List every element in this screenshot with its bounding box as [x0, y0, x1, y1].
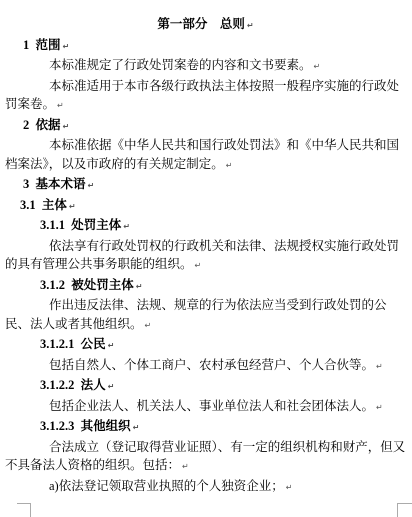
paragraph: 合法成立（登记取得营业证照）、有一定的组织机构和财产，但又不具备法人资格的组织。… — [5, 438, 406, 477]
text-boundary-corner-left-icon — [17, 503, 31, 517]
paragraph-text: 3.1 主体 — [20, 198, 67, 212]
paragraph-text: 依法享有行政处罚权的行政机关和法律、法规授权实施行政处罚的具有管理公共事务职能的… — [5, 239, 399, 272]
paragraph-mark-icon: ↵ — [136, 278, 143, 297]
paragraph-text: 包括企业法人、机关法人、事业单位法人和社会团体法人。 — [49, 399, 374, 413]
heading-3: 3 基本术语↵ — [5, 175, 406, 196]
paragraph-mark-icon: ↵ — [69, 198, 76, 217]
paragraph-mark-icon: ↵ — [108, 378, 115, 397]
heading-3.1: 3.1 主体↵ — [5, 196, 406, 217]
paragraph-mark-icon: ↵ — [63, 38, 70, 57]
paragraph-text: 本标准依据《中华人民共和国行政处罚法》和《中华人民共和国档案法》，以及市政府的有… — [5, 138, 399, 171]
paragraph-mark-icon: ↵ — [286, 479, 293, 498]
paragraph-mark-icon: ↵ — [145, 317, 152, 336]
paragraph-text: 1 范围 — [23, 38, 61, 52]
heading-3.1.2.3: 3.1.2.3 其他组织↵ — [5, 417, 406, 438]
paragraph-text: 作出违反法律、法规、规章的行为依法应当受到行政处罚的公民、法人或者其他组织。 — [5, 298, 387, 331]
paragraph-mark-icon: ↵ — [88, 177, 95, 196]
heading-2: 2 依据↵ — [5, 116, 406, 137]
paragraph-text: a)依法登记领取营业执照的个人独资企业； — [49, 479, 284, 493]
document-title: 第一部分 总则↵ — [5, 15, 406, 36]
paragraph-mark-icon: ↵ — [226, 157, 233, 176]
paragraph-text: 第一部分 总则 — [157, 17, 245, 31]
document-content: 第一部分 总则↵1 范围↵本标准规定了行政处罚案卷的内容和文书要素。↵本标准适用… — [5, 15, 406, 497]
paragraph-text: 3.1.2.2 法人 — [40, 378, 106, 392]
paragraph: 包括自然人、个体工商户、农村承包经营户、个人合伙等。↵ — [5, 356, 406, 377]
heading-3.1.2.1: 3.1.2.1 公民↵ — [5, 335, 406, 356]
paragraph-text: 3.1.2 被处罚主体 — [40, 278, 134, 292]
heading-1: 1 范围↵ — [5, 36, 406, 57]
paragraph: 依法享有行政处罚权的行政机关和法律、法规授权实施行政处罚的具有管理公共事务职能的… — [5, 237, 406, 276]
paragraph-mark-icon: ↵ — [108, 337, 115, 356]
paragraph-mark-icon: ↵ — [133, 419, 140, 438]
paragraph-mark-icon: ↵ — [195, 257, 202, 276]
paragraph-mark-icon: ↵ — [123, 218, 130, 237]
paragraph-text: 合法成立（登记取得营业证照）、有一定的组织机构和财产，但又不具备法人资格的组织。… — [5, 440, 405, 473]
paragraph: 本标准适用于本市各级行政执法主体按照一般程序实施的行政处罚案卷。↵ — [5, 77, 406, 116]
paragraph-text: 3.1.2.1 公民 — [40, 337, 106, 351]
paragraph-mark-icon: ↵ — [247, 17, 254, 36]
paragraph-mark-icon: ↵ — [376, 358, 383, 377]
paragraph-mark-icon: ↵ — [314, 58, 321, 77]
paragraph-mark-icon: ↵ — [57, 97, 64, 116]
heading-3.1.2.2: 3.1.2.2 法人↵ — [5, 376, 406, 397]
paragraph: 本标准依据《中华人民共和国行政处罚法》和《中华人民共和国档案法》，以及市政府的有… — [5, 136, 406, 175]
paragraph-text: 本标准适用于本市各级行政执法主体按照一般程序实施的行政处罚案卷。 — [5, 79, 399, 112]
paragraph-text: 3.1.1 处罚主体 — [40, 218, 121, 232]
paragraph: 包括企业法人、机关法人、事业单位法人和社会团体法人。↵ — [5, 397, 406, 418]
paragraph: 作出违反法律、法规、规章的行为依法应当受到行政处罚的公民、法人或者其他组织。↵ — [5, 296, 406, 335]
heading-3.1.2: 3.1.2 被处罚主体↵ — [5, 276, 406, 297]
paragraph: 本标准规定了行政处罚案卷的内容和文书要素。↵ — [5, 56, 406, 77]
heading-3.1.1: 3.1.1 处罚主体↵ — [5, 216, 406, 237]
paragraph-mark-icon: ↵ — [376, 399, 383, 418]
paragraph-mark-icon: ↵ — [63, 118, 70, 137]
paragraph-text: 包括自然人、个体工商户、农村承包经营户、个人合伙等。 — [49, 358, 374, 372]
paragraph-text: 3 基本术语 — [23, 177, 86, 191]
paragraph: a)依法登记领取营业执照的个人独资企业；↵ — [5, 477, 406, 498]
paragraph-text: 本标准规定了行政处罚案卷的内容和文书要素。 — [49, 58, 312, 72]
paragraph-text: 2 依据 — [23, 118, 61, 132]
paragraph-mark-icon: ↵ — [182, 458, 189, 477]
text-boundary-corner-right-icon — [397, 503, 412, 517]
document-page: 第一部分 总则↵1 范围↵本标准规定了行政处罚案卷的内容和文书要素。↵本标准适用… — [0, 0, 412, 517]
paragraph-text: 3.1.2.3 其他组织 — [40, 419, 131, 433]
